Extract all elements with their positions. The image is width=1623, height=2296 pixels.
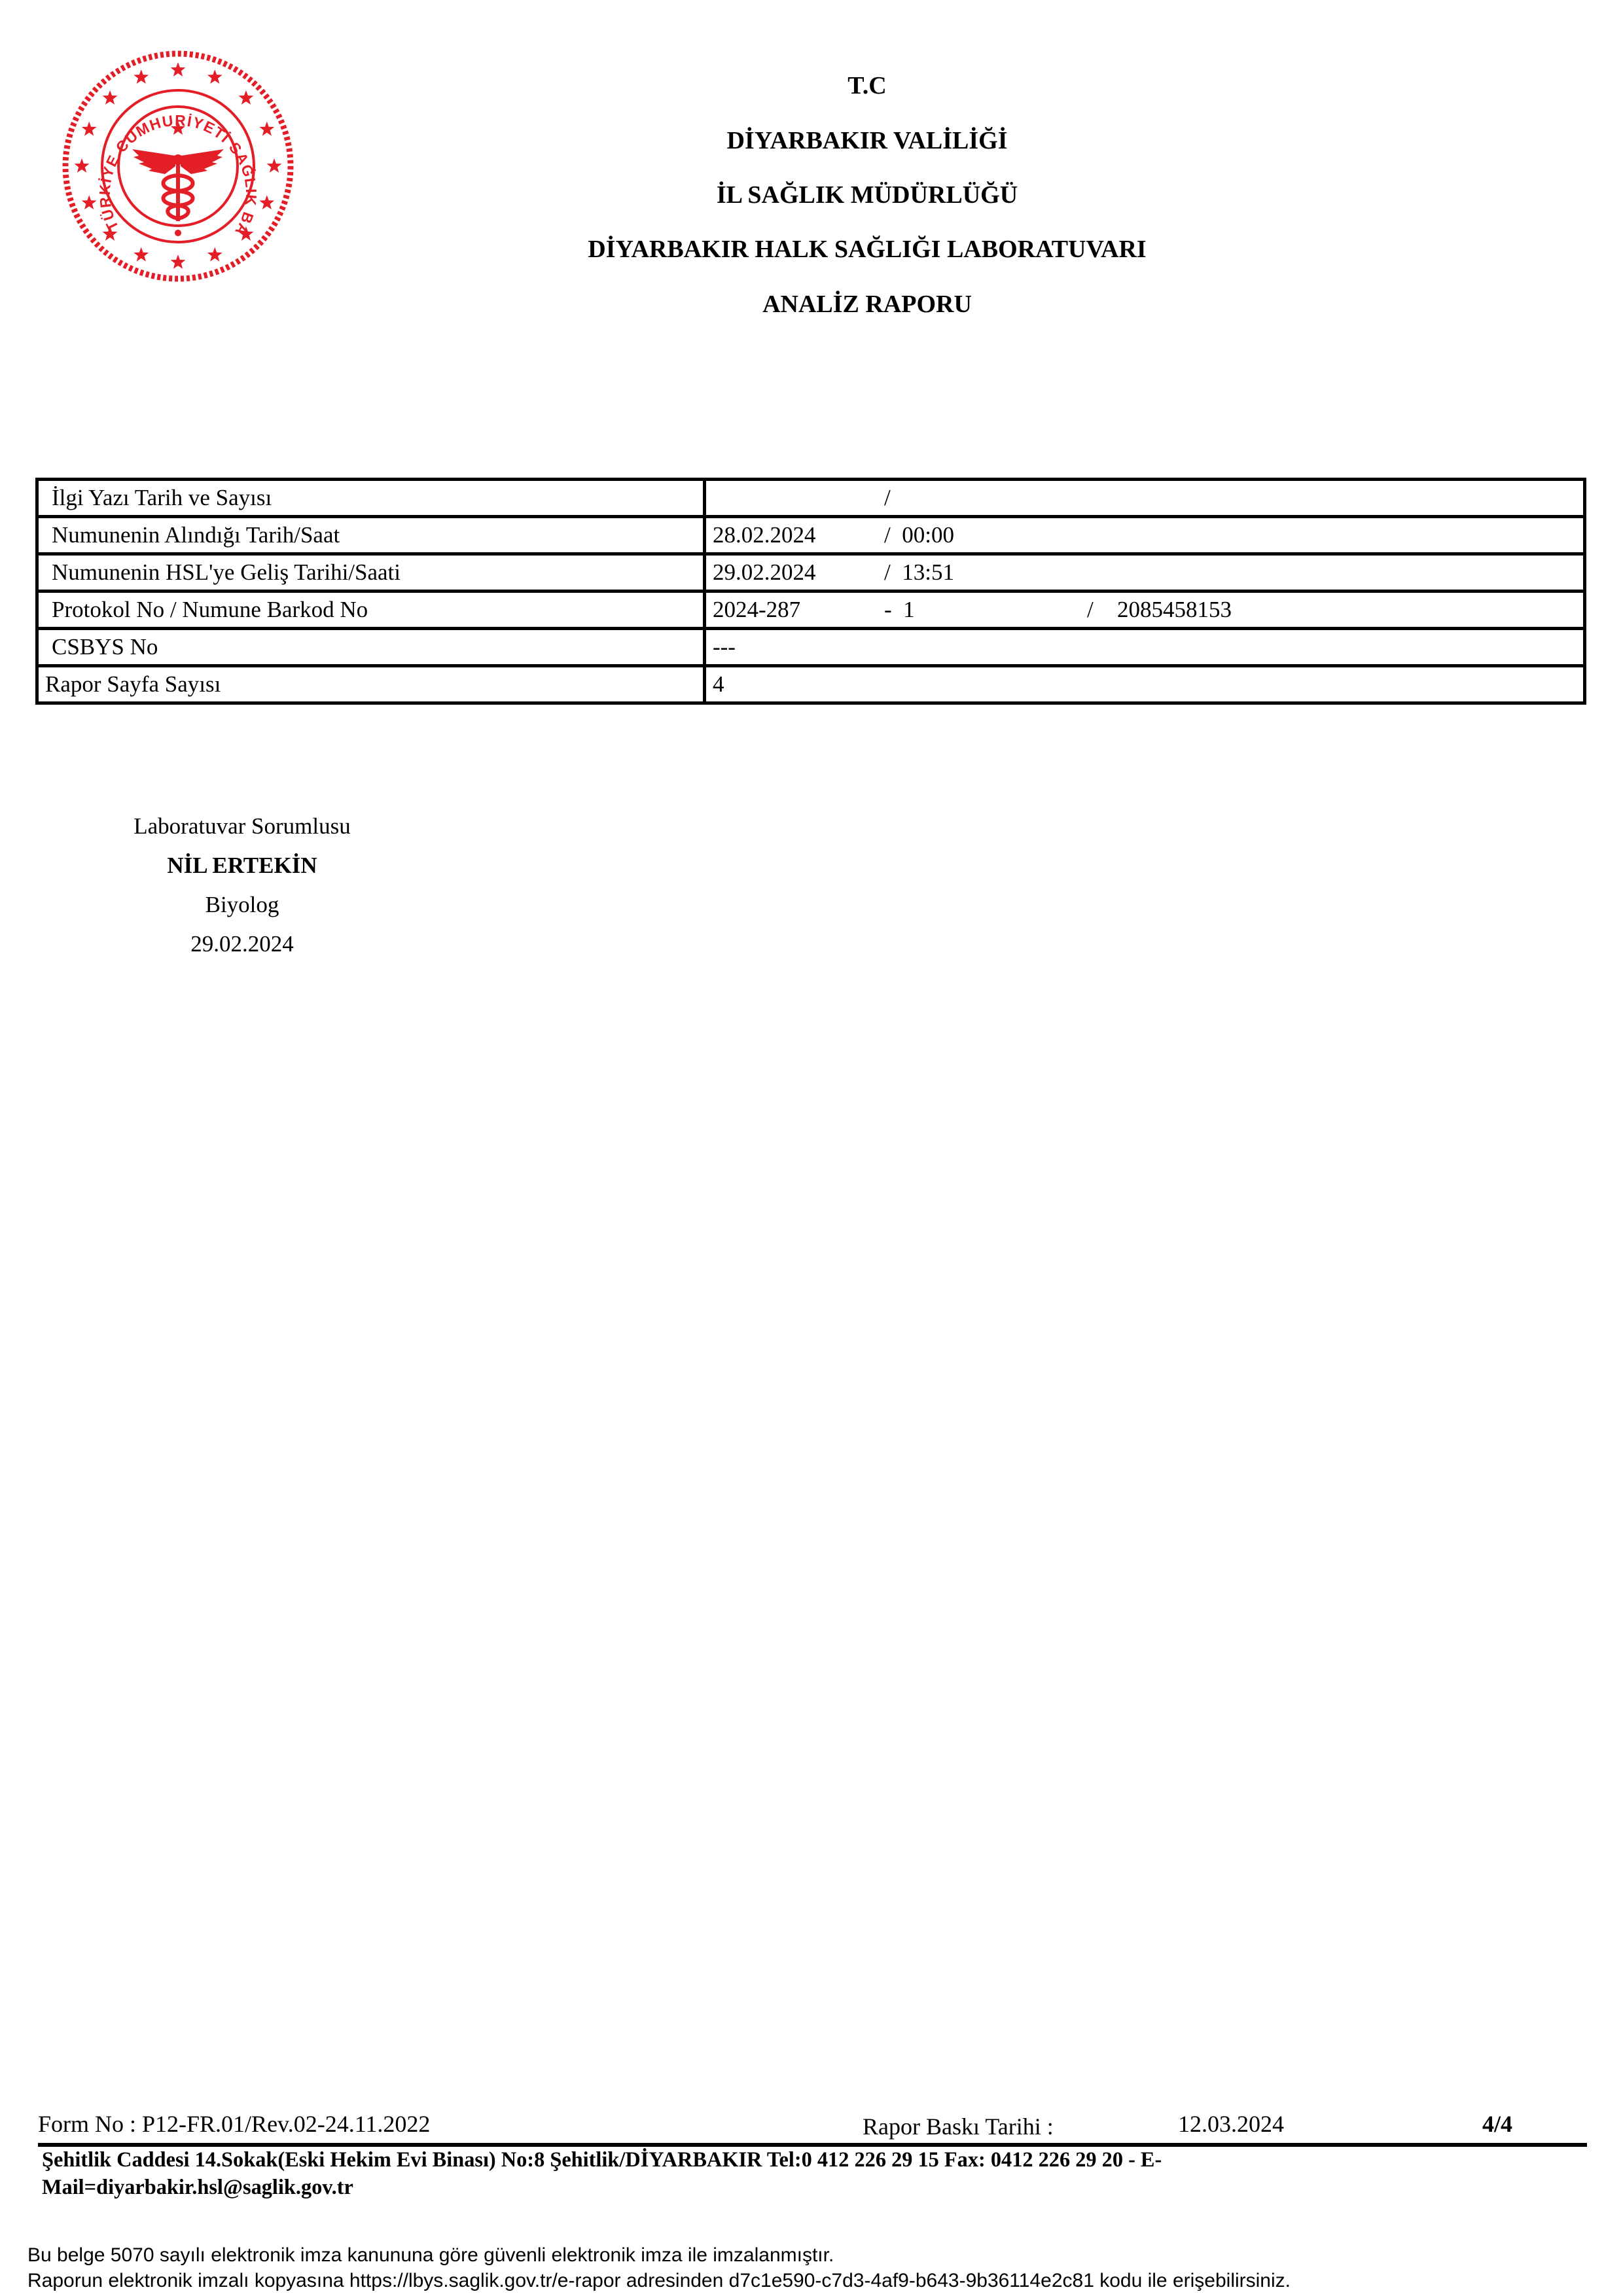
row-label: Numunenin HSL'ye Geliş Tarihi/Saati xyxy=(37,554,705,592)
value-part-a: 4 xyxy=(713,671,724,698)
row-value: 28.02.2024/ 00:00 xyxy=(705,517,1585,554)
row-label: CSBYS No xyxy=(37,629,705,666)
signature-date: 29.02.2024 xyxy=(72,930,412,958)
row-value: --- xyxy=(705,629,1585,666)
document-title: ANALİZ RAPORU xyxy=(0,289,1623,319)
row-label: İlgi Yazı Tarih ve Sayısı xyxy=(37,480,705,517)
table-row: Protokol No / Numune Barkod No2024-287- … xyxy=(37,592,1585,629)
footer-divider xyxy=(38,2143,1587,2147)
row-label: Rapor Sayfa Sayısı xyxy=(37,666,705,703)
address-line-1: Şehitlik Caddesi 14.Sokak(Eski Hekim Evi… xyxy=(42,2148,1162,2172)
table-row: Numunenin Alındığı Tarih/Saat28.02.2024/… xyxy=(37,517,1585,554)
value-part-b: / xyxy=(884,485,891,511)
print-date-label: Rapor Baskı Tarihi : xyxy=(863,2113,1054,2140)
table-row: Rapor Sayfa Sayısı4 xyxy=(37,666,1585,703)
value-part-a: 2024-287 xyxy=(713,597,800,623)
e-signature-verification: Raporun elektronik imzalı kopyasına http… xyxy=(27,2270,1291,2292)
header-tc: T.C xyxy=(0,71,1623,101)
value-part-a: 29.02.2024 xyxy=(713,559,816,586)
sample-info-table: İlgi Yazı Tarih ve Sayısı/Numunenin Alın… xyxy=(35,478,1586,705)
row-value: 29.02.2024/ 13:51 xyxy=(705,554,1585,592)
table-row: Numunenin HSL'ye Geliş Tarihi/Saati29.02… xyxy=(37,554,1585,592)
value-part-b: / 13:51 xyxy=(884,559,954,586)
value-part-d: 2085458153 xyxy=(1117,597,1232,623)
value-part-a: 28.02.2024 xyxy=(713,522,816,548)
value-part-c: / xyxy=(1087,597,1094,623)
table-row: CSBYS No--- xyxy=(37,629,1585,666)
value-part-a: --- xyxy=(713,634,736,660)
address-line-2: Mail=diyarbakir.hsl@saglik.gov.tr xyxy=(42,2176,353,2200)
form-number: Form No : P12-FR.01/Rev.02-24.11.2022 xyxy=(38,2110,430,2138)
print-date: 12.03.2024 xyxy=(1178,2110,1284,2138)
row-value: / xyxy=(705,480,1585,517)
value-part-b: / 00:00 xyxy=(884,522,954,548)
e-signature-notice: Bu belge 5070 sayılı elektronik imza kan… xyxy=(27,2244,834,2267)
signatory-title: Biyolog xyxy=(72,891,412,919)
row-label: Protokol No / Numune Barkod No xyxy=(37,592,705,629)
page-number: 4/4 xyxy=(1482,2110,1512,2138)
table-row: İlgi Yazı Tarih ve Sayısı/ xyxy=(37,480,1585,517)
header-health-directorate: İL SAĞLIK MÜDÜRLÜĞÜ xyxy=(0,180,1623,210)
signatory-name: NİL ERTEKİN xyxy=(72,852,412,879)
row-value: 2024-287- 1/2085458153 xyxy=(705,592,1585,629)
signatory-role: Laboratuvar Sorumlusu xyxy=(72,813,412,840)
row-value: 4 xyxy=(705,666,1585,703)
header-laboratory: DİYARBAKIR HALK SAĞLIĞI LABORATUVARI xyxy=(0,234,1623,264)
header-governorship: DİYARBAKIR VALİLİĞİ xyxy=(0,126,1623,156)
value-part-b: - 1 xyxy=(884,597,915,623)
row-label: Numunenin Alındığı Tarih/Saat xyxy=(37,517,705,554)
